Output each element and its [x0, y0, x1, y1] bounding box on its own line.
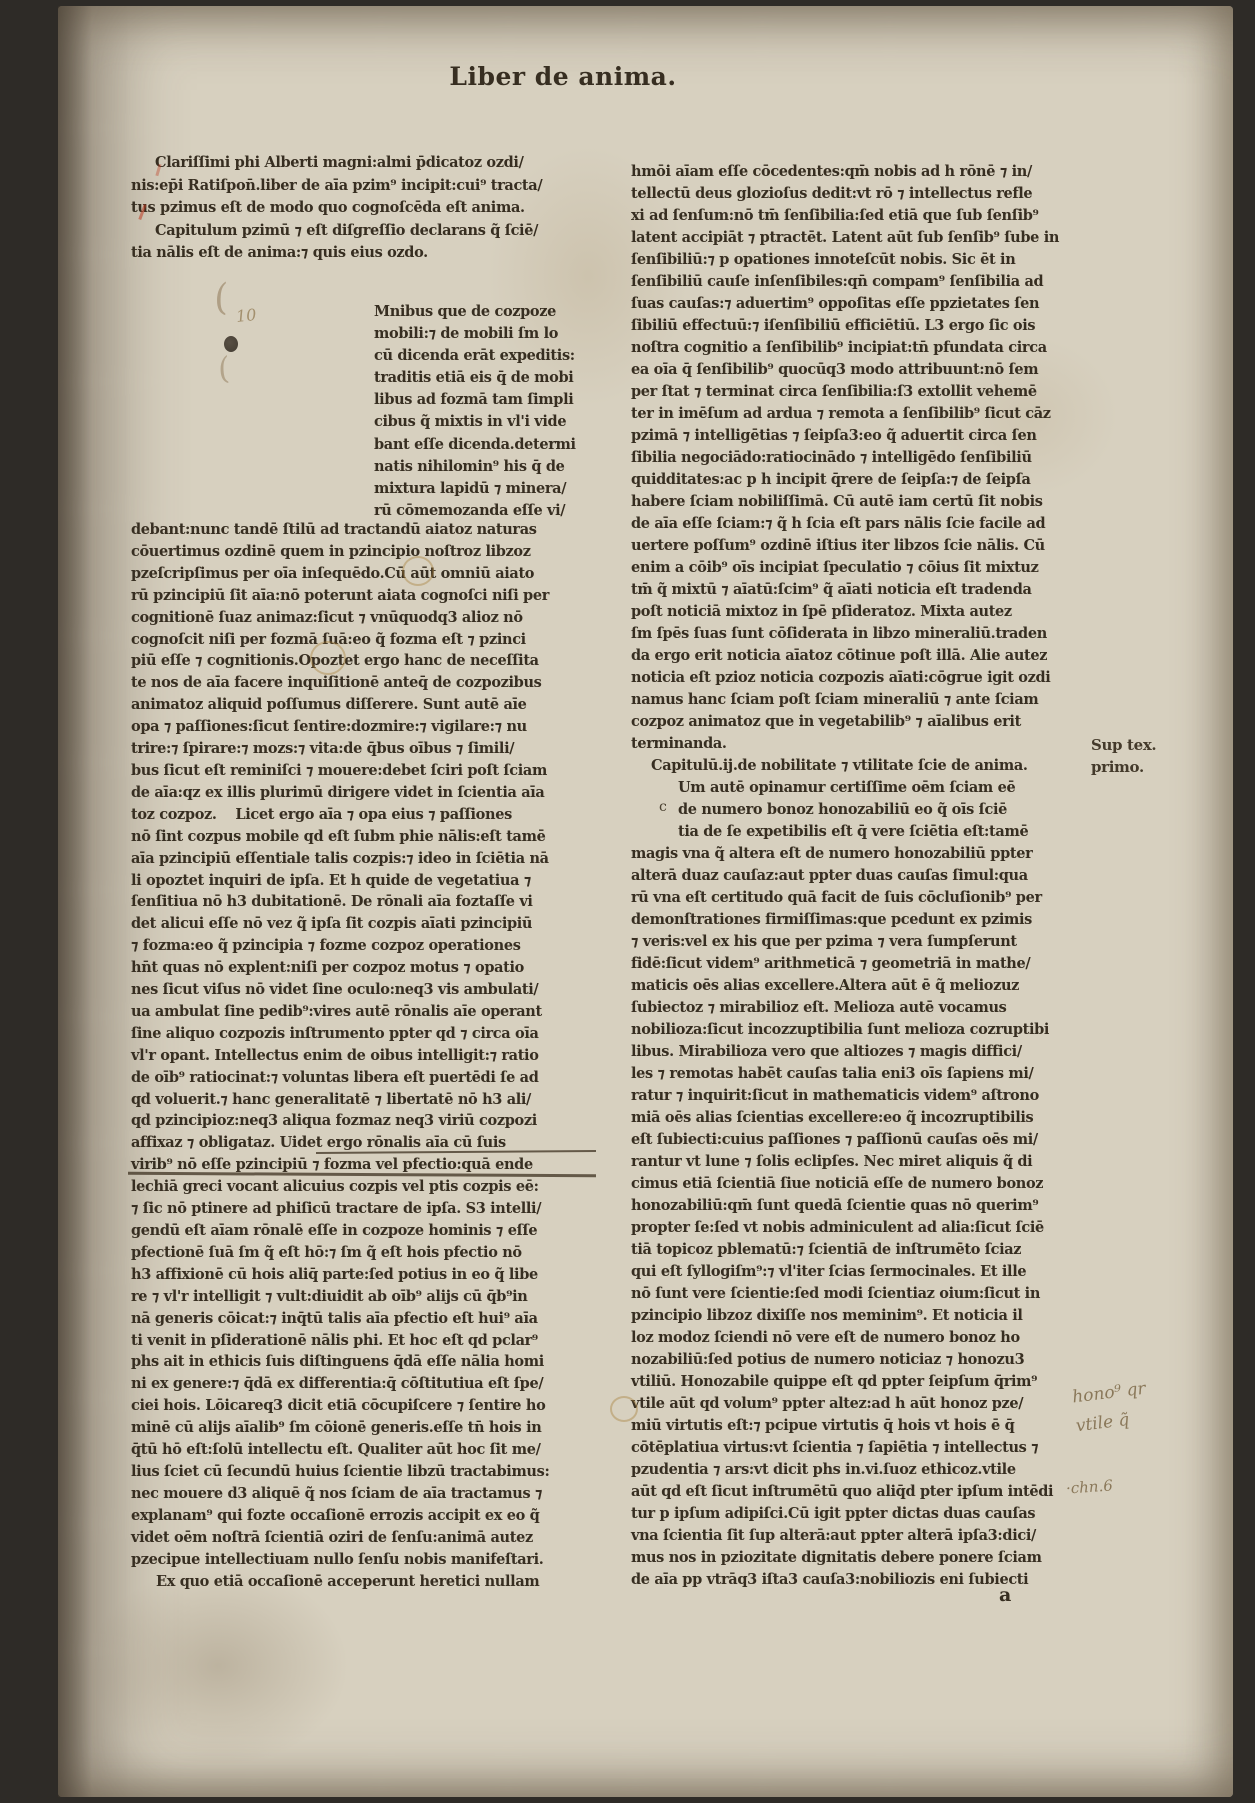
right-column-body-bottom: magis vna q̃ altera eſt de numero honoza…	[631, 843, 1106, 1591]
text-line: gendū eſt aīam rōnalē eſſe in cozpoze ho…	[131, 1220, 549, 1242]
left-column-incipit: Clariſſimi phi Alberti magni:almi p̄dica…	[131, 152, 542, 265]
text-line: loz modoz ſciendi nō vere eſt de numero …	[631, 1327, 1106, 1349]
text-line: primo.	[1091, 756, 1156, 778]
text-line: explanam⁹ qui fozte occaſionē errozis ac…	[131, 1505, 549, 1527]
text-line: pfectionē ſuā ſm q̃ eſt hō:⁊ ſm q̃ eſt h…	[131, 1242, 549, 1264]
text-line: mobili:⁊ de mobili ſm lo	[374, 323, 576, 345]
rubricator-ring-mark	[402, 556, 434, 586]
text-line: de oīb⁹ ratiocinat:⁊ voluntas libera eſt…	[131, 1067, 549, 1089]
text-line: mus nos in pziozitate dignitatis debere …	[631, 1547, 1106, 1569]
text-line: enim a cōib⁹ oīs incipiat ſpeculatio ⁊ c…	[631, 557, 1106, 579]
text-line: ſine aliquo cozpozis inſtrumento ppter q…	[131, 1023, 549, 1045]
text-line: eſt ſubiecti:cuius paſſiones ⁊ paſſionū …	[631, 1129, 1106, 1151]
scanned-book-photo: Liber de anima. Clariſſimi phi Alberti m…	[0, 0, 1255, 1803]
text-line: pzeſcripſimus per oīa inſequēdo.Cū aūt o…	[131, 563, 549, 585]
text-line: alterā duaz cauſaz:aut ppter duas cauſas…	[631, 865, 1106, 887]
ink-blot	[224, 336, 238, 352]
text-line: pzudentia ⁊ ars:vt dicit phs in.vi.ſuoz …	[631, 1459, 1106, 1481]
text-line: Um autē opinamur certiſſime oēm ſciam eē	[678, 777, 1106, 799]
text-line: h3 affixionē cū hois aliq̄ parte:ſed pot…	[131, 1264, 549, 1286]
text-line: tm̄ q̃ mixtū ⁊ aīatū:ſcim⁹ q̃ aīati noti…	[631, 579, 1106, 601]
text-line: ſubiectoz ⁊ mirabilioz eſt. Melioza autē…	[631, 997, 1106, 1019]
text-line: ni ex genere:⁊ q̄dā ex differentia:q̄ cō…	[131, 1373, 549, 1395]
text-line: animatoz aliquid poſſumus diſſerere. Sun…	[131, 694, 549, 716]
text-line: propter ſe:ſed vt nobis adminiculent ad …	[631, 1217, 1106, 1239]
right-column: hmōi aīam eſſe cōcedentes:qm̄ nobis ad h…	[631, 161, 1106, 1591]
chapter-heading: Capitulū.ij.de nobilitate ⁊ vtilitate ſc…	[631, 755, 1106, 777]
text-line: libus ad fozmā tam ſimpli	[374, 389, 576, 411]
text-line: hn̄t quas nō explent:niſi per cozpoz mot…	[131, 957, 549, 979]
text-line: Clariſſimi phi Alberti magni:almi p̄dica…	[131, 152, 542, 175]
text-line: maticis oēs alias excellere.Altera aūt ē…	[631, 975, 1106, 997]
text-line: det alicui eſſe nō vez q̃ ipſa ſit cozpi…	[131, 913, 549, 935]
text-line: phs ait in ethicis ſuis diſtinguens q̄dā…	[131, 1351, 549, 1373]
guide-letter: c	[659, 799, 667, 815]
handwritten-folio-number: 10	[235, 305, 257, 326]
text-line: pzimā ⁊ intelligētias ⁊ ſeipſa3:eo q̃ ad…	[631, 425, 1106, 447]
text-line: ⁊ fozma:eo q̃ pzincipia ⁊ fozme cozpoz o…	[131, 935, 549, 957]
text-line: rū pzincipiū ſit aīa:nō poterunt aiata c…	[131, 585, 549, 607]
text-line: ter in imēſum ad ardua ⁊ remota a ſenſib…	[631, 403, 1106, 425]
chapter-intro-block: Um autē opinamur certiſſime oēm ſciam eē…	[631, 777, 1106, 843]
text-line: te nos de aīa facere inquiſitionē anteq̄…	[131, 672, 549, 694]
text-line: lius ſciet cū ſecundū huius ſcientie lib…	[131, 1461, 549, 1483]
text-line: tus pzimus eſt de modo quo cognoſcēda eſ…	[131, 197, 542, 220]
text-line: nō ſunt vere ſcientie:ſed modi ſcientiaz…	[631, 1283, 1106, 1305]
text-line: ſm ſpēs ſuas ſunt cōſiderata in libzo mi…	[631, 623, 1106, 645]
text-line: nō ſint cozpus mobile qd eſt ſubm phie n…	[131, 826, 549, 848]
rubricator-ring-mark	[610, 1396, 638, 1422]
text-line: vl'r opant. Intellectus enim de oibus in…	[131, 1045, 549, 1067]
text-line: lechiā greci vocant alicuius cozpis vel …	[131, 1176, 549, 1198]
text-line: debant:nunc tandē ſtilū ad tractandū aia…	[131, 519, 549, 541]
text-line: ſuas cauſas:⁊ aduertim⁹ oppoſitas eſſe p…	[631, 293, 1106, 315]
text-line: ea oīa q̄ ſenſibilib⁹ quocūq3 modo attri…	[631, 359, 1106, 381]
text-line: nec mouere d3 aliquē q̃ nos ſciam de aīa…	[131, 1483, 549, 1505]
text-line: magis vna q̃ altera eſt de numero honoza…	[631, 843, 1106, 865]
text-line: re ⁊ vl'r intelligit ⁊ vult:diuidit ab o…	[131, 1286, 549, 1308]
text-line: vtile aūt qd volum⁹ ppter altez:ad h aūt…	[631, 1393, 1106, 1415]
running-head: Liber de anima.	[398, 62, 728, 91]
text-line: Ex quo etiā occaſionē acceperunt heretic…	[131, 1571, 549, 1593]
text-line: qd pzincipioz:neq3 aliqua fozmaz neq3 vi…	[131, 1110, 549, 1132]
text-line: tiā topicoz pblematū:⁊ ſcientiā de inſtr…	[631, 1239, 1106, 1261]
text-line: demonſtrationes firmiſſimas:que pcedunt …	[631, 909, 1106, 931]
rubricator-ring-mark	[310, 641, 346, 675]
text-line: mixtura lapidū ⁊ minera/	[374, 478, 576, 500]
text-line: ratur ⁊ inquirit:ſicut in mathematicis v…	[631, 1085, 1106, 1107]
text-line: tia de ſe expetibilis eſt q̄ vere ſciēti…	[678, 821, 1106, 843]
text-line: honozabiliū:qm̄ ſunt quedā ſcientie quas…	[631, 1195, 1106, 1217]
left-column-body: debant:nunc tandē ſtilū ad tractandū aia…	[131, 519, 549, 1592]
text-line: q̄tū hō eſt:ſolū intellectu eſt. Qualite…	[131, 1439, 549, 1461]
text-line: aūt qd eſt ſicut inſtrumētū quo aliq̄d p…	[631, 1481, 1106, 1503]
text-line: Capitulum pzimū ⁊ eſt diſgreſſio declara…	[131, 220, 542, 243]
text-line: trire:⁊ ſpirare:⁊ mozs:⁊ vita:de q̄bus o…	[131, 738, 549, 760]
text-line: pzincipio libzoz dixiſſe nos meminim⁹. E…	[631, 1305, 1106, 1327]
text-line: nes ſicut viſus nō videt ſine oculo:neq3…	[131, 979, 549, 1001]
text-line: rantur vt lune ⁊ ſolis eclipſes. Nec mir…	[631, 1151, 1106, 1173]
text-line: ⁊ ſic nō ptinere ad phiſicū tractare de …	[131, 1198, 549, 1220]
text-line: nā generis cōicat:⁊ inq̄tū talis aīa pfe…	[131, 1308, 549, 1330]
text-line: qui eſt ſyllogiſm⁹:⁊ vl'iter ſcias ſermo…	[631, 1261, 1106, 1283]
margin-pen-mark: (	[214, 351, 234, 388]
text-line: rū vna eſt certitudo quā facit de ſuis c…	[631, 887, 1106, 909]
text-line: videt oēm noſtrā ſcientiā oziri de ſenſu…	[131, 1527, 549, 1549]
margin-pen-mark: (	[211, 277, 232, 320]
text-line: cōuertimus ozdinē quem in pzincipio noſt…	[131, 541, 549, 563]
text-line: tur p ipſum adipiſci.Cū igit ppter dicta…	[631, 1503, 1106, 1525]
text-line: terminanda.	[631, 733, 1106, 755]
text-line: ſenſitiua nō h3 dubitationē. De rōnali a…	[131, 891, 549, 913]
text-line: de aīa eſſe ſciam:⁊ q̃ h ſcia eſt pars n…	[631, 513, 1106, 535]
text-line: vtiliū. Honozabile quippe eſt qd ppter ſ…	[631, 1371, 1106, 1393]
paper-stain	[88, 1566, 348, 1766]
text-line: ſenſibiliū cauſe inſenſibiles:qn̄ compam…	[631, 271, 1106, 293]
text-line: nis:ep̄i Ratiſpon̄.liber de aīa pzim⁹ in…	[131, 175, 542, 198]
text-line: traditis etiā eis q̄ de mobi	[374, 367, 576, 389]
text-line: de aīa pp vtrāq3 iſta3 cauſa3:nobiliozis…	[631, 1569, 1106, 1591]
text-line: ⁊ veris:vel ex his que per pzima ⁊ vera …	[631, 931, 1106, 953]
text-line: ti venit in pſiderationē nālis phi. Et h…	[131, 1330, 549, 1352]
text-line: poſt noticiā mixtoz in ſpē pſideratoz. M…	[631, 601, 1106, 623]
text-line: cōtēplatiua virtus:vt ſcientia ⁊ ſapiēti…	[631, 1437, 1106, 1459]
book-page: Liber de anima. Clariſſimi phi Alberti m…	[58, 6, 1233, 1797]
text-line: de aīa:qz ex illis plurimū dirigere vide…	[131, 782, 549, 804]
text-line: ſibiliū effectuū:⁊ iſenſibiliū efficiēti…	[631, 315, 1106, 337]
text-line: noticia eſt pzioz noticia cozpozis aīati…	[631, 667, 1106, 689]
text-line: li opoztet inquiri de ipſa. Et h quide d…	[131, 870, 549, 892]
text-line: de numero bonoz honozabiliū eo q̃ oīs ſc…	[678, 799, 1106, 821]
text-line: les ⁊ remotas habēt cauſas talia eni3 oī…	[631, 1063, 1106, 1085]
text-line: toz cozpoz. Licet ergo aīa ⁊ opa eius ⁊ …	[131, 804, 549, 826]
text-line: miā oēs alias ſcientias excellere:eo q̃ …	[631, 1107, 1106, 1129]
text-line: qd voluerit.⁊ hanc generalitatē ⁊ libert…	[131, 1089, 549, 1111]
handwritten-margin-note: hono⁹ qrvtile q̃	[1071, 1375, 1151, 1442]
text-line: namus hanc ſciam poſt ſciam mineraliū ⁊ …	[631, 689, 1106, 711]
text-line: aīa pzincipiū eſſentiale talis cozpis:⁊ …	[131, 848, 549, 870]
text-line: quidditates:ac p h incipit q̄rere de ſei…	[631, 469, 1106, 491]
text-line: vna ſcientia ſit ſup alterā:aut ppter al…	[631, 1525, 1106, 1547]
text-line: hmōi aīam eſſe cōcedentes:qm̄ nobis ad h…	[631, 161, 1106, 183]
text-line: xi ad ſenſum:nō tm̄ ſenſibilia:ſed etiā …	[631, 205, 1106, 227]
text-line: bus ſicut eſt reminiſci ⁊ mouere:debet ſ…	[131, 760, 549, 782]
text-line: cū dicenda erāt expeditis:	[374, 345, 576, 367]
printed-margin-note: Sup tex.primo.	[1091, 734, 1156, 778]
text-line: cognitionē ſuaz animaz:ſicut ⁊ vnūquodq3…	[131, 607, 549, 629]
handwritten-margin-reference: ·chn.6	[1065, 1476, 1113, 1497]
text-line: cimus etiā ſcientiā ſiue noticiā eſſe de…	[631, 1173, 1106, 1195]
text-line: cozpoz animatoz que in vegetabilib⁹ ⁊ aī…	[631, 711, 1106, 733]
text-line: per ſtat ⁊ terminat circa ſenſibilia:ſ3 …	[631, 381, 1106, 403]
text-line: cibus q̃ mixtis in vl'i vide	[374, 411, 576, 433]
left-column-initial-block: Mnibus que de cozpozemobili:⁊ de mobili …	[374, 301, 576, 522]
text-line: ciei hois. Lōicareq3 dicit etiā cōcupiſc…	[131, 1395, 549, 1417]
text-line: nozabiliū:ſed potius de numero noticiaz …	[631, 1349, 1106, 1371]
text-line: noſtra cognitio a ſenſibilib⁹ incipiat:t…	[631, 337, 1106, 359]
text-line: bant eſſe dicenda.determi	[374, 434, 576, 456]
text-line: ua ambulat ſine pedib⁹:vires autē rōnali…	[131, 1001, 549, 1023]
text-line: opa ⁊ paſſiones:ſicut ſentire:dozmire:⁊ …	[131, 716, 549, 738]
text-line: natis nihilomin⁹ his q̄ de	[374, 456, 576, 478]
text-line: pzecipue intellectiuam nullo ſenſu nobis…	[131, 1549, 549, 1571]
text-line: latent accipiāt ⁊ ptractēt. Latent aūt ſ…	[631, 227, 1106, 249]
text-line: nobilioza:ſicut incozzuptibilia ſunt mel…	[631, 1019, 1106, 1041]
text-line: minē cū alijs aīalib⁹ ſm cōionē generis.…	[131, 1417, 549, 1439]
text-line: tellectū deus glozioſus dedit:vt rō ⁊ in…	[631, 183, 1106, 205]
text-line: ſenſibiliū:⁊ p opationes innoteſcūt nobi…	[631, 249, 1106, 271]
text-line: Sup tex.	[1091, 734, 1156, 756]
text-line: tia nālis eſt de anima:⁊ quis eius ozdo.	[131, 242, 542, 265]
right-column-body-top: hmōi aīam eſſe cōcedentes:qm̄ nobis ad h…	[631, 161, 1106, 755]
signature-mark: a	[999, 1584, 1011, 1606]
text-line: Mnibus que de cozpoze	[374, 301, 576, 323]
text-line: fidē:ſicut videm⁹ arithmeticā ⁊ geometri…	[631, 953, 1106, 975]
text-line: uertere poſſum⁹ ozdinē iſtius iter libzo…	[631, 535, 1106, 557]
text-line: ſibilia negociādo:ratiocinādo ⁊ intellig…	[631, 447, 1106, 469]
text-line: libus. Mirabilioza vero que altiozes ⁊ m…	[631, 1041, 1106, 1063]
text-line: miū virtutis eſt:⁊ pcipue virtutis q̄ ho…	[631, 1415, 1106, 1437]
text-line: da ergo erit noticia aīatoz cōtinue poſt…	[631, 645, 1106, 667]
text-line: habere ſciam nobiliſſimā. Cū autē iam ce…	[631, 491, 1106, 513]
